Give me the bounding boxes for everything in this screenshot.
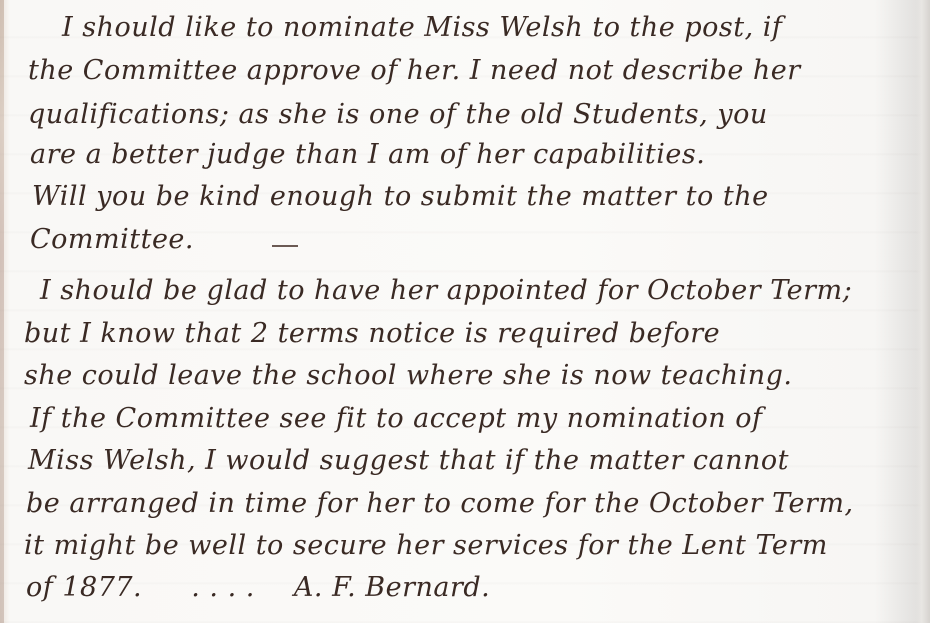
signature: A. F. Bernard. (294, 572, 490, 603)
page-left-edge (0, 0, 4, 623)
pen-dash-mark (272, 245, 298, 247)
letter-line-10: If the Committee see fit to accept my no… (30, 405, 762, 432)
cut-off-next-line (20, 612, 920, 623)
letter-line-6: Committee. (30, 226, 194, 253)
letter-line-2: the Committee approve of her. I need not… (28, 57, 801, 84)
letter-line-4: are a better judge than I am of her capa… (30, 141, 705, 168)
letter-line-7: I should be glad to have her appointed f… (40, 277, 852, 304)
letter-line-14-text: of 1877. (26, 572, 142, 603)
letter-line-3: qualifications; as she is one of the old… (28, 101, 768, 128)
letter-line-13: it might be well to secure her services … (24, 532, 828, 559)
letter-line-5: Will you be kind enough to submit the ma… (32, 183, 769, 210)
letter-line-12: be arranged in time for her to come for … (26, 490, 854, 517)
letter-line-8: but I know that 2 terms notice is requir… (24, 320, 720, 347)
signature-leader-dots: . . . . (191, 572, 255, 603)
scanned-letter-page: I should like to nominate Miss Welsh to … (0, 0, 930, 623)
page-right-edge (916, 0, 930, 623)
letter-line-1: I should like to nominate Miss Welsh to … (62, 14, 782, 41)
letter-line-11: Miss Welsh, I would suggest that if the … (28, 447, 789, 474)
letter-line-9: she could leave the school where she is … (24, 362, 793, 389)
letter-line-14: of 1877. . . . . A. F. Bernard. (26, 574, 490, 601)
